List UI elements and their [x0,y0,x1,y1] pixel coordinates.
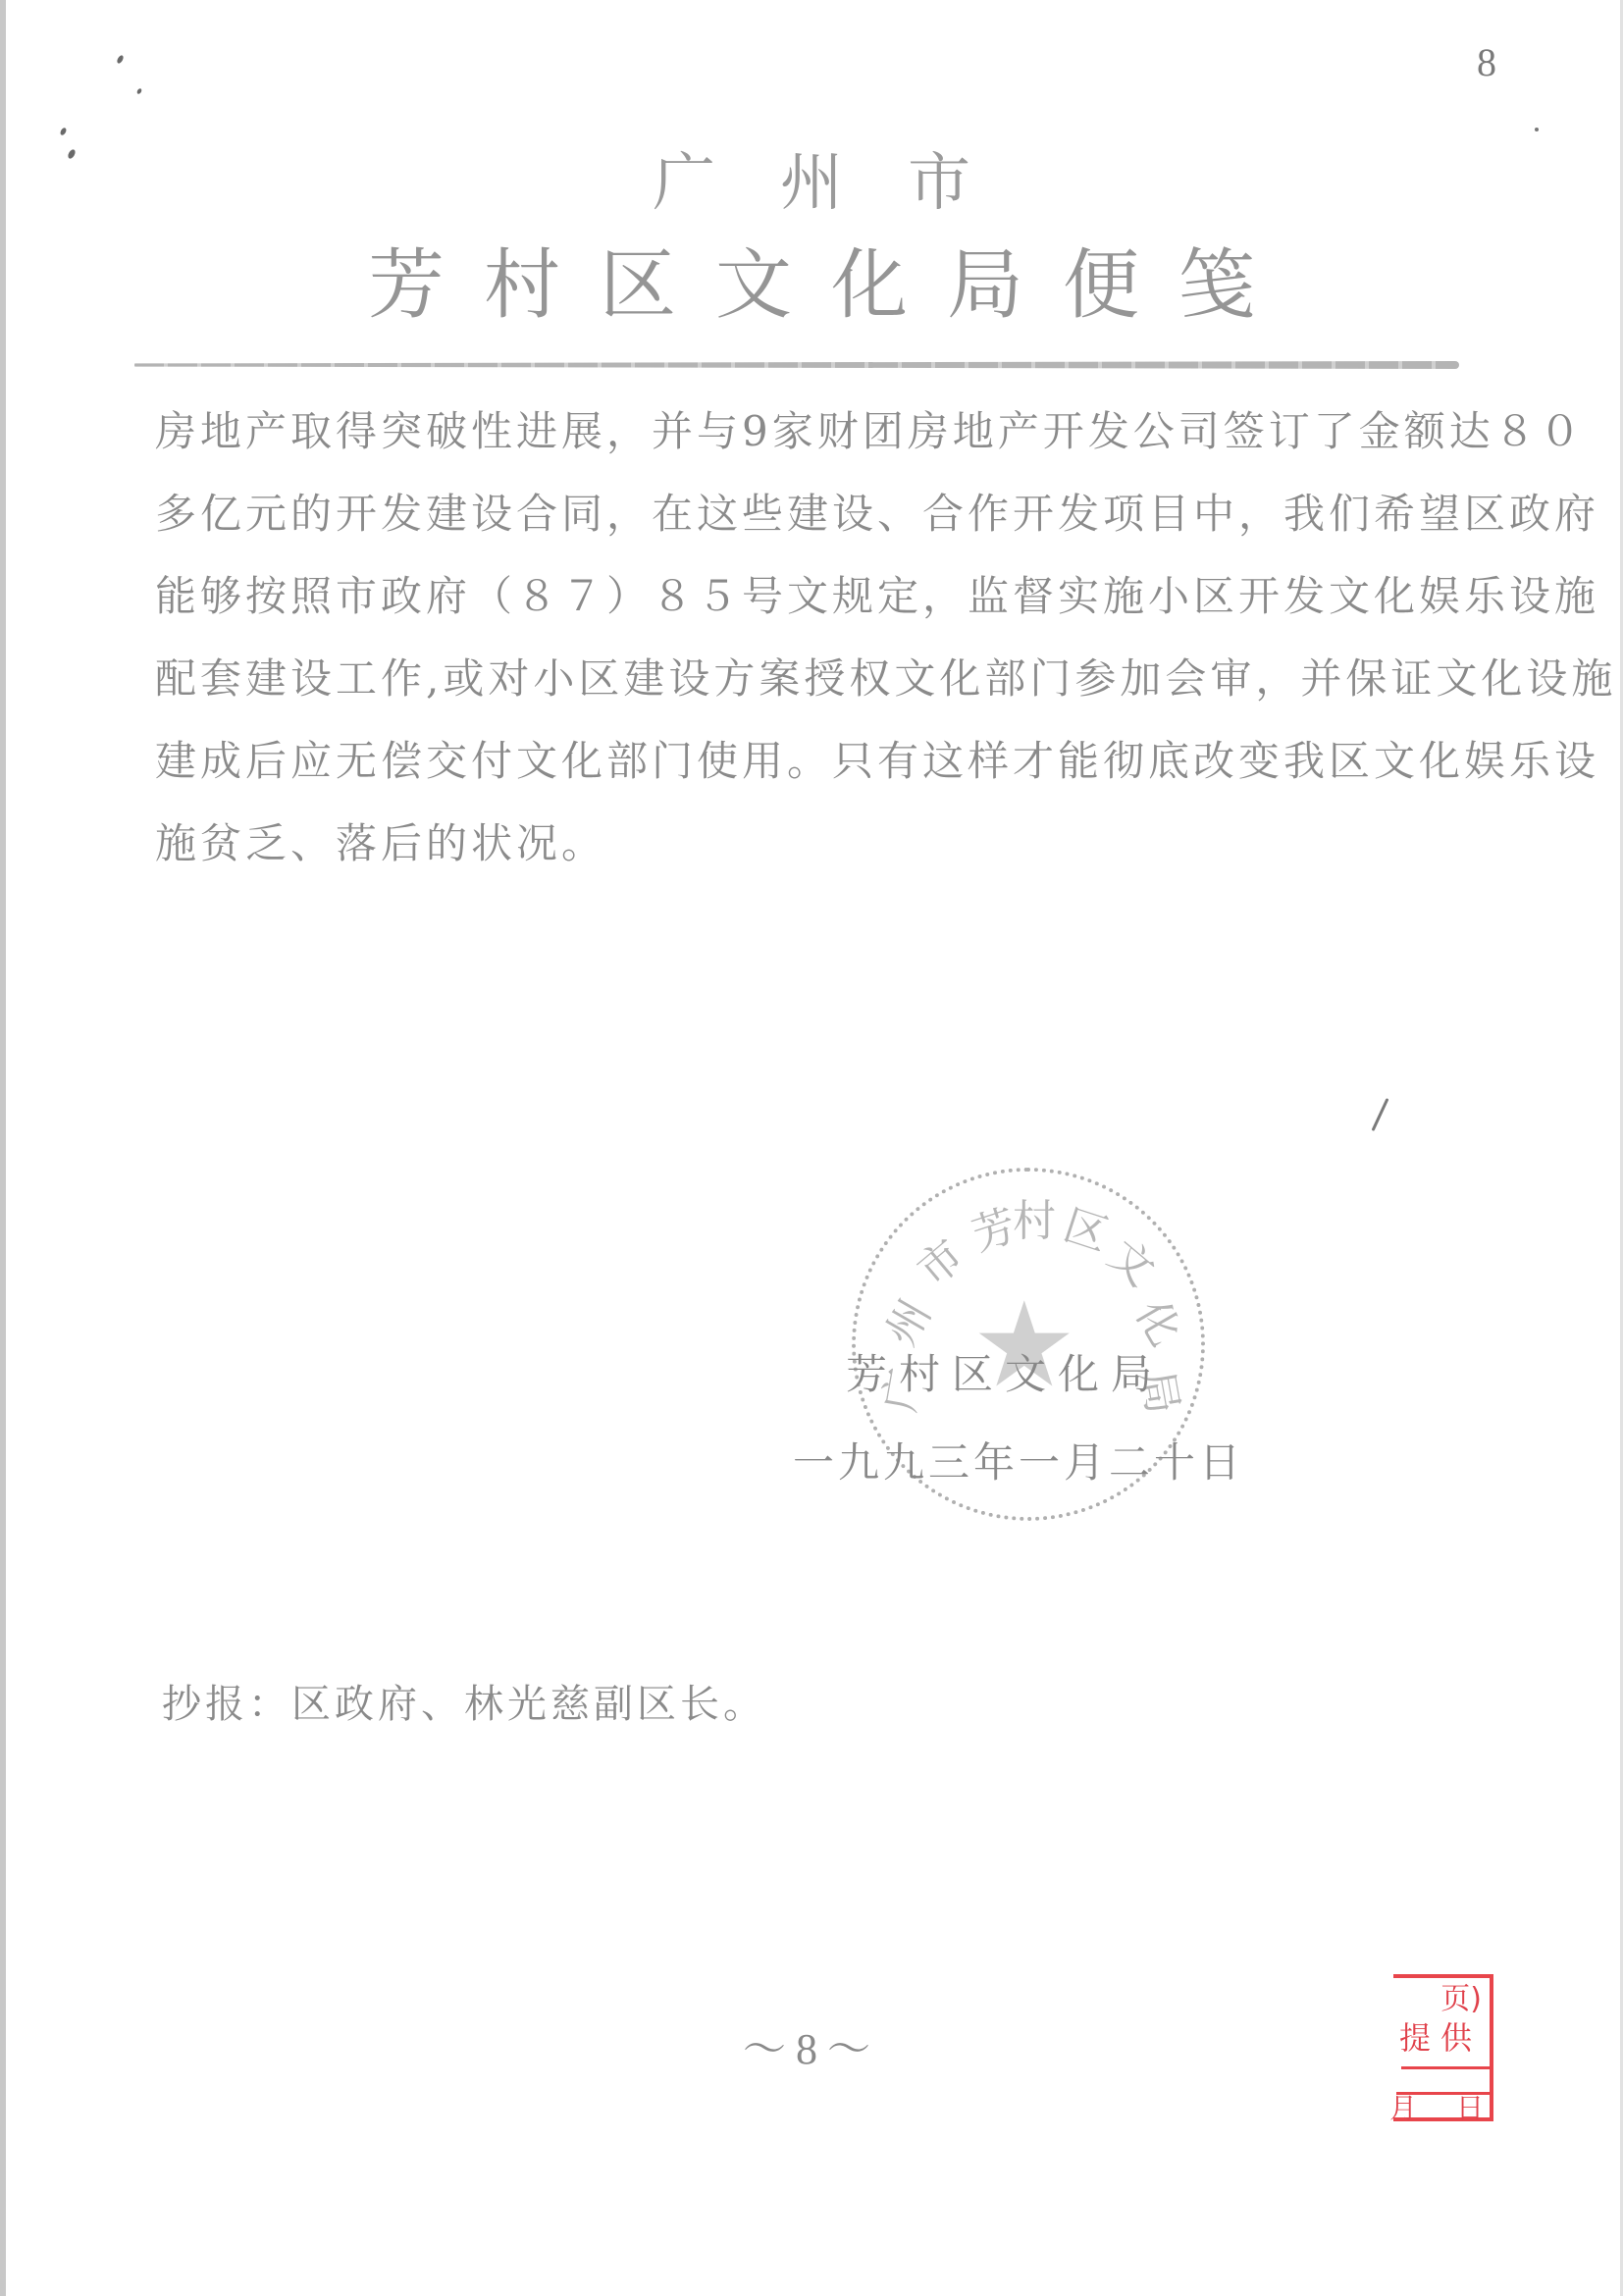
stamp-rule [1401,2066,1490,2069]
seal-char: 文 [1098,1222,1172,1297]
scan-speck [116,54,125,64]
scan-speck [136,87,142,94]
body-line: 建成后应无偿交付文化部门使用。只有这样才能彻底改变我区文化娱乐设 [155,720,1431,803]
stray-pen-mark [1372,1098,1389,1131]
stamp-day-label: 日 [1456,2094,1484,2123]
memo-body: 房地产取得突破性进展，并与9家财团房地产开发公司签订了金额达８０ 多亿元的开发建… [155,391,1431,885]
stamp-month-label: 月 [1389,2094,1417,2123]
stamp-date-row: 月 日 [1389,2094,1484,2123]
archive-number-dot [1535,128,1539,131]
stamp-provider-label: 提供 [1399,2021,1482,2055]
scan-edge-left [0,0,6,2296]
body-line: 房地产取得突破性进展，并与9家财团房地产开发公司签订了金额达８０ [155,391,1431,473]
archive-stamp: 页) 提供 月 日 [1393,1974,1493,2121]
cc-recipients: 抄报：区政府、林光慈副区长。 [162,1673,766,1729]
body-line: 多亿元的开发建设合同，在这些建设、合作开发项目中，我们希望区政府 [155,473,1431,555]
signature-date: 一九九三年一月二十日 [793,1431,1244,1489]
seal-char: 村 [1013,1185,1056,1248]
signature-organization: 芳村区文化局 [846,1342,1164,1401]
body-line: 施贫乏、落后的状况。 [155,803,1431,885]
letterhead-city: 广州市 [0,132,1623,223]
archive-page-number: 8 [1477,39,1496,85]
page-footer-number: ～8～ [0,2013,1623,2076]
body-line: 配套建设工作,或对小区建设方案授权文化部门参加会审，并保证文化设施 [155,638,1431,720]
body-line: 能够按照市政府（８７）８５号文规定，监督实施小区开发文化娱乐设施 [155,555,1431,638]
letterhead-title: 芳村区文化局便笺 [0,224,1623,334]
letterhead-divider [134,361,1459,369]
seal-char: 市 [902,1222,975,1297]
seal-char: 区 [1057,1190,1118,1263]
stamp-page-label: 页) [1440,1984,1482,2015]
